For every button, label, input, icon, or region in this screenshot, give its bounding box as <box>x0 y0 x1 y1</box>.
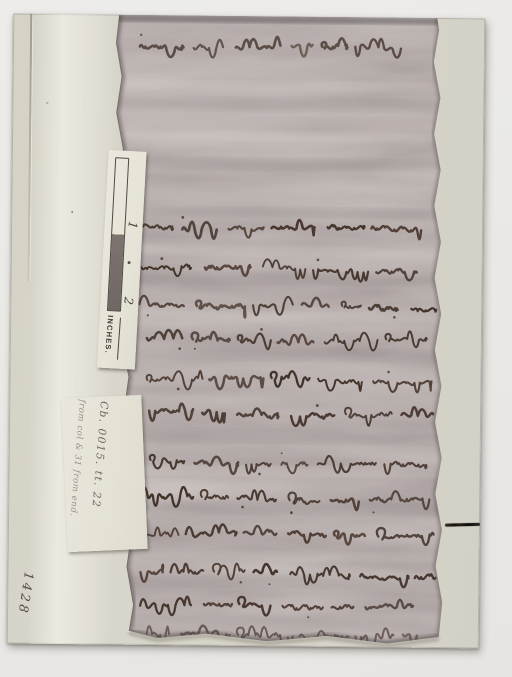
manuscript-strip <box>7 14 486 649</box>
catalog-note: Cb. 0015. tt. 22 from col & 31 from end. <box>60 399 115 544</box>
catalog-note-card: Cb. 0015. tt. 22 from col & 31 from end. <box>61 395 147 552</box>
ruler-label-1: 1 <box>126 221 139 231</box>
photograph: 1 2 INCHES. Cb. 0015. tt. 22 from col & … <box>7 14 486 649</box>
ruler-unit-underline <box>117 318 121 360</box>
ruler-unit-label: INCHES. <box>103 315 115 354</box>
ruler-half-inch-dot <box>128 261 131 264</box>
photo-mount-background: 1 2 INCHES. Cb. 0015. tt. 22 from col & … <box>0 0 512 677</box>
ruler-label-2: 2 <box>122 296 135 306</box>
ruler-bar <box>107 157 129 312</box>
